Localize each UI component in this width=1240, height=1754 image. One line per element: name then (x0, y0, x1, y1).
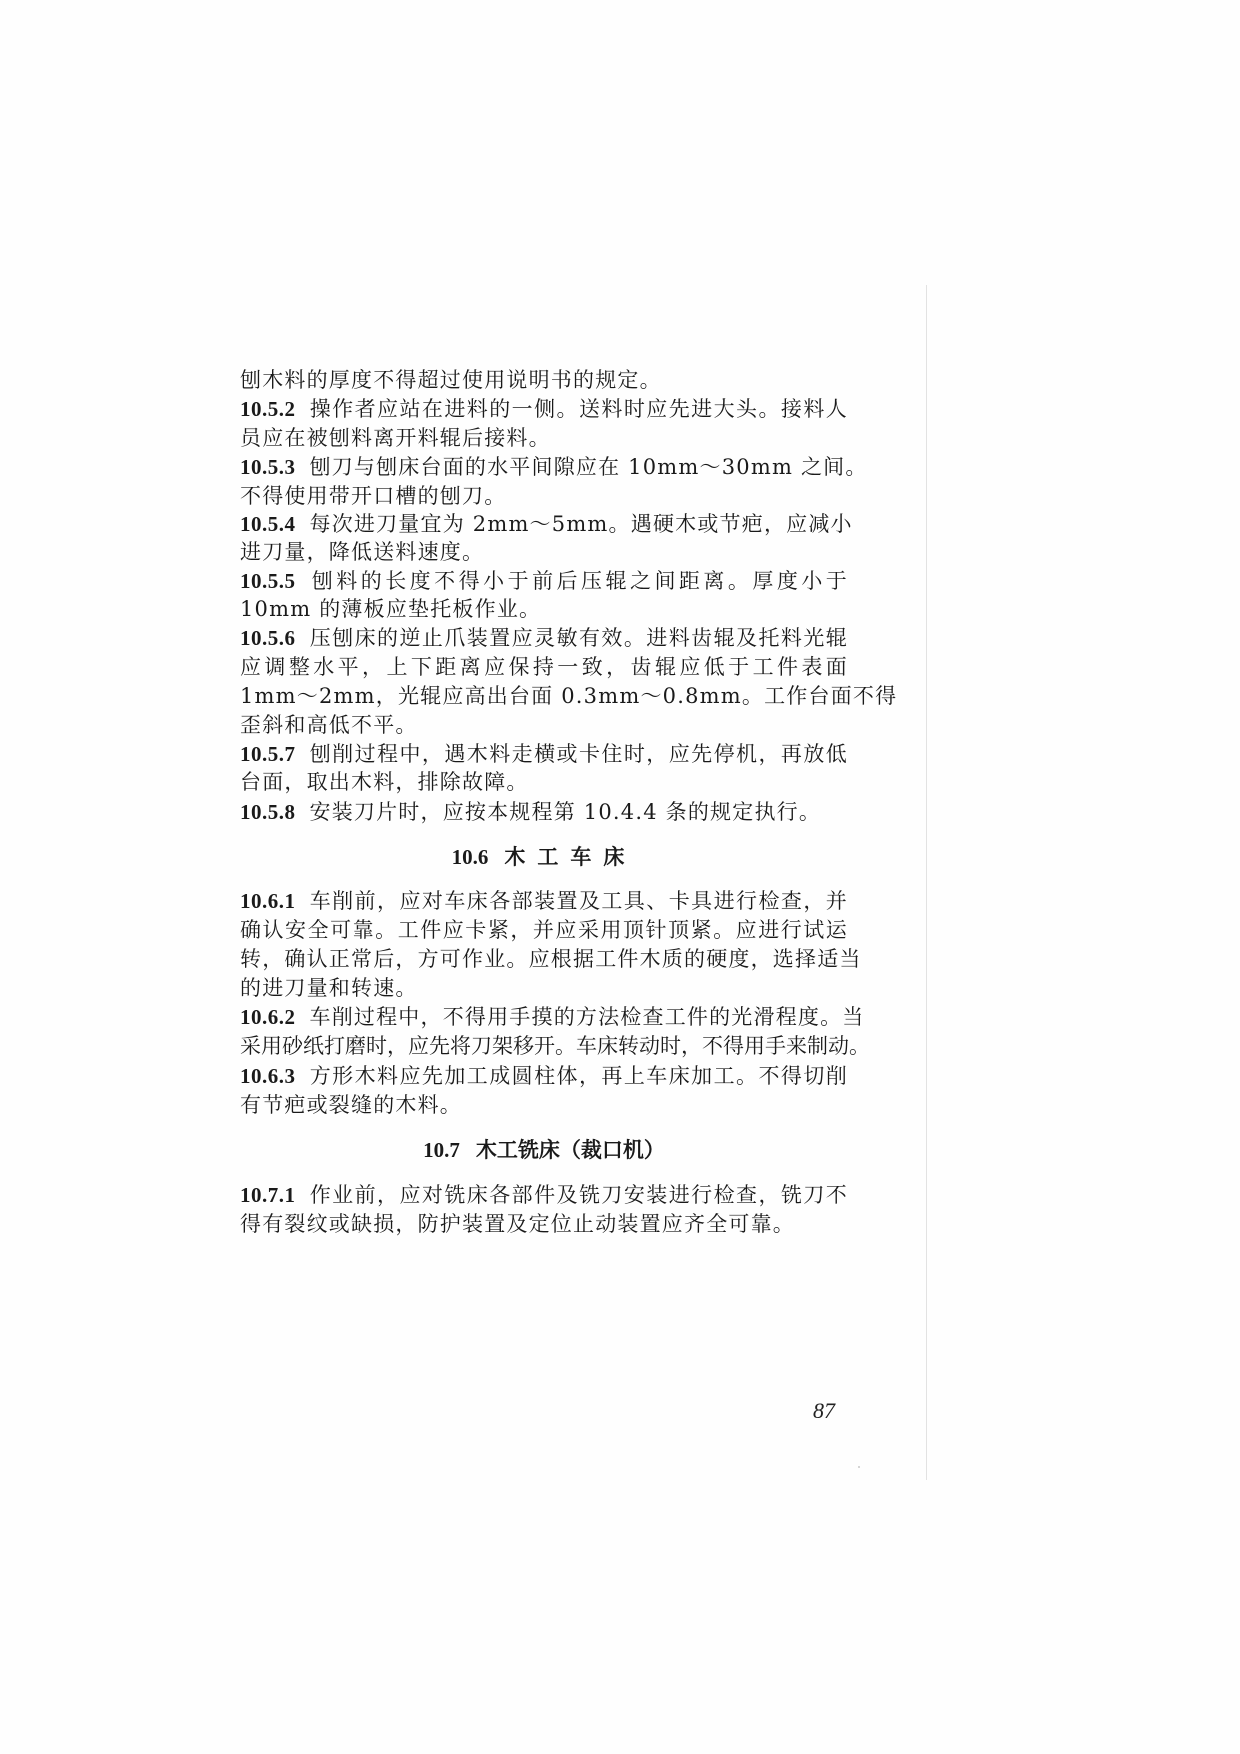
clause-number: 10.5.4 (240, 512, 296, 536)
clause-10-5-6: 10.5.6压刨床的逆止爪装置应灵敏有效。进料齿辊及托料光辊 (240, 624, 848, 652)
section-number: 10.6 (452, 845, 489, 869)
paragraph-line: 刨木料的厚度不得超过使用说明书的规定。 (240, 366, 848, 394)
clause-number: 10.6.1 (240, 889, 296, 913)
clause-number: 10.6.3 (240, 1064, 296, 1088)
paragraph-line: 转，确认正常后，方可作业。应根据工件木质的硬度，选择适当 (240, 945, 848, 973)
clause-number: 10.5.7 (240, 742, 296, 766)
clause-number: 10.5.5 (240, 569, 296, 593)
clause-10-5-7: 10.5.7刨削过程中，遇木料走横或卡住时，应先停机，再放低 (240, 740, 848, 768)
document-page: 刨木料的厚度不得超过使用说明书的规定。 10.5.2操作者应站在进料的一侧。送料… (0, 0, 1240, 1754)
clause-10-5-3: 10.5.3刨刀与刨床台面的水平间隙应在 10mm～30mm 之间。 (240, 453, 848, 481)
clause-number: 10.6.2 (240, 1005, 296, 1029)
section-heading-10-7: 10.7木工铣床（裁口机） (240, 1136, 848, 1164)
paragraph-line: 台面，取出木料，排除故障。 (240, 768, 848, 796)
scan-speck (858, 1466, 860, 1468)
clause-10-6-3: 10.6.3方形木料应先加工成圆柱体，再上车床加工。不得切削 (240, 1062, 848, 1090)
paragraph-line: 应调整水平，上下距离应保持一致，齿辊应低于工件表面 (240, 653, 848, 681)
paragraph-line: 10mm 的薄板应垫托板作业。 (240, 595, 848, 623)
clause-number: 10.5.3 (240, 455, 296, 479)
paragraph-line: 得有裂纹或缺损，防护装置及定位止动装置应齐全可靠。 (240, 1210, 848, 1238)
section-title: 木工铣床（裁口机） (476, 1137, 665, 1162)
clause-number: 10.5.2 (240, 397, 296, 421)
clause-10-6-2: 10.6.2车削过程中，不得用手摸的方法检查工件的光滑程度。当 (240, 1003, 848, 1031)
paragraph-line: 有节疤或裂缝的木料。 (240, 1091, 848, 1119)
clause-10-5-8: 10.5.8安装刀片时，应按本规程第 10.4.4 条的规定执行。 (240, 798, 848, 826)
clause-number: 10.5.6 (240, 626, 296, 650)
clause-10-5-5: 10.5.5刨料的长度不得小于前后压辊之间距离。厚度小于 (240, 567, 848, 595)
paragraph-line: 员应在被刨料离开料辊后接料。 (240, 424, 848, 452)
paragraph-line: 的进刀量和转速。 (240, 974, 848, 1002)
clause-10-5-4: 10.5.4每次进刀量宜为 2mm～5mm。遇硬木或节疤，应减小 (240, 510, 848, 538)
paragraph-line: 采用砂纸打磨时，应先将刀架移开。车床转动时，不得用手来制动。 (240, 1032, 848, 1060)
section-number: 10.7 (423, 1138, 460, 1162)
clause-10-7-1: 10.7.1作业前，应对铣床各部件及铣刀安装进行检查，铣刀不 (240, 1181, 848, 1209)
binding-edge-line (926, 285, 927, 1480)
page-number: 87 (813, 1398, 835, 1424)
paragraph-line: 确认安全可靠。工件应卡紧，并应采用顶针顶紧。应进行试运 (240, 916, 848, 944)
clause-10-5-2: 10.5.2操作者应站在进料的一侧。送料时应先进大头。接料人 (240, 395, 848, 423)
section-heading-10-6: 10.6木工车床 (240, 843, 848, 871)
paragraph-line: 歪斜和高低不平。 (240, 711, 848, 739)
paragraph-line: 1mm～2mm，光辊应高出台面 0.3mm～0.8mm。工作台面不得 (240, 682, 848, 710)
clause-10-6-1: 10.6.1车削前，应对车床各部装置及工具、卡具进行检查，并 (240, 887, 848, 915)
paragraph-line: 进刀量，降低送料速度。 (240, 538, 848, 566)
section-title: 木工车床 (504, 844, 636, 869)
clause-number: 10.5.8 (240, 800, 296, 824)
clause-number: 10.7.1 (240, 1183, 296, 1207)
paragraph-line: 不得使用带开口槽的刨刀。 (240, 482, 848, 510)
